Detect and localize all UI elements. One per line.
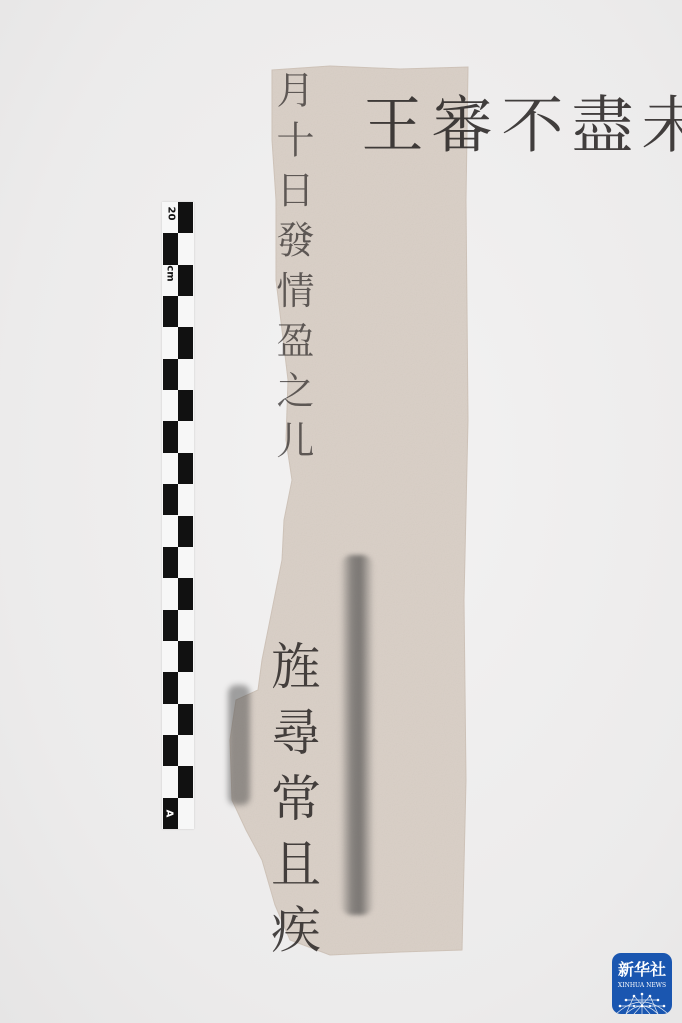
watermark-chinese-text: 新华社 xyxy=(612,957,672,980)
character: 尋 xyxy=(263,706,321,756)
ink-stain-edge xyxy=(228,685,250,805)
character: 旌 xyxy=(263,640,321,690)
character: 不 xyxy=(492,92,562,154)
ink-stain xyxy=(340,555,374,915)
main-text-column: 春 景 漸 芳 暄 和 未 盡 不 審 王 xyxy=(352,92,682,154)
character: 日 xyxy=(270,170,314,208)
character: 王 xyxy=(352,92,422,154)
character: 情 xyxy=(270,270,314,308)
left-text-column-lower: 旌 尋 常 且 疾 xyxy=(272,640,312,954)
manuscript-fragment: 春 景 漸 芳 暄 和 未 盡 不 審 王 月 十 日 發 情 盈 之 儿 旌 … xyxy=(0,0,682,1023)
character: 之 xyxy=(270,371,314,409)
character: 發 xyxy=(270,220,314,258)
character: 月 xyxy=(270,70,314,108)
character: 未 xyxy=(632,92,682,154)
character: 盈 xyxy=(270,320,314,358)
character: 常 xyxy=(263,772,321,822)
left-text-column-upper: 月 十 日 發 情 盈 之 儿 xyxy=(272,70,312,459)
character: 且 xyxy=(263,838,321,888)
xinhua-news-watermark: 新华社 XINHUA NEWS xyxy=(612,953,672,1014)
character: 審 xyxy=(422,92,492,154)
globe-network-icon xyxy=(612,988,672,1014)
character: 疾 xyxy=(263,904,321,954)
character: 儿 xyxy=(270,421,314,459)
character: 盡 xyxy=(562,92,632,154)
character: 十 xyxy=(270,120,314,158)
